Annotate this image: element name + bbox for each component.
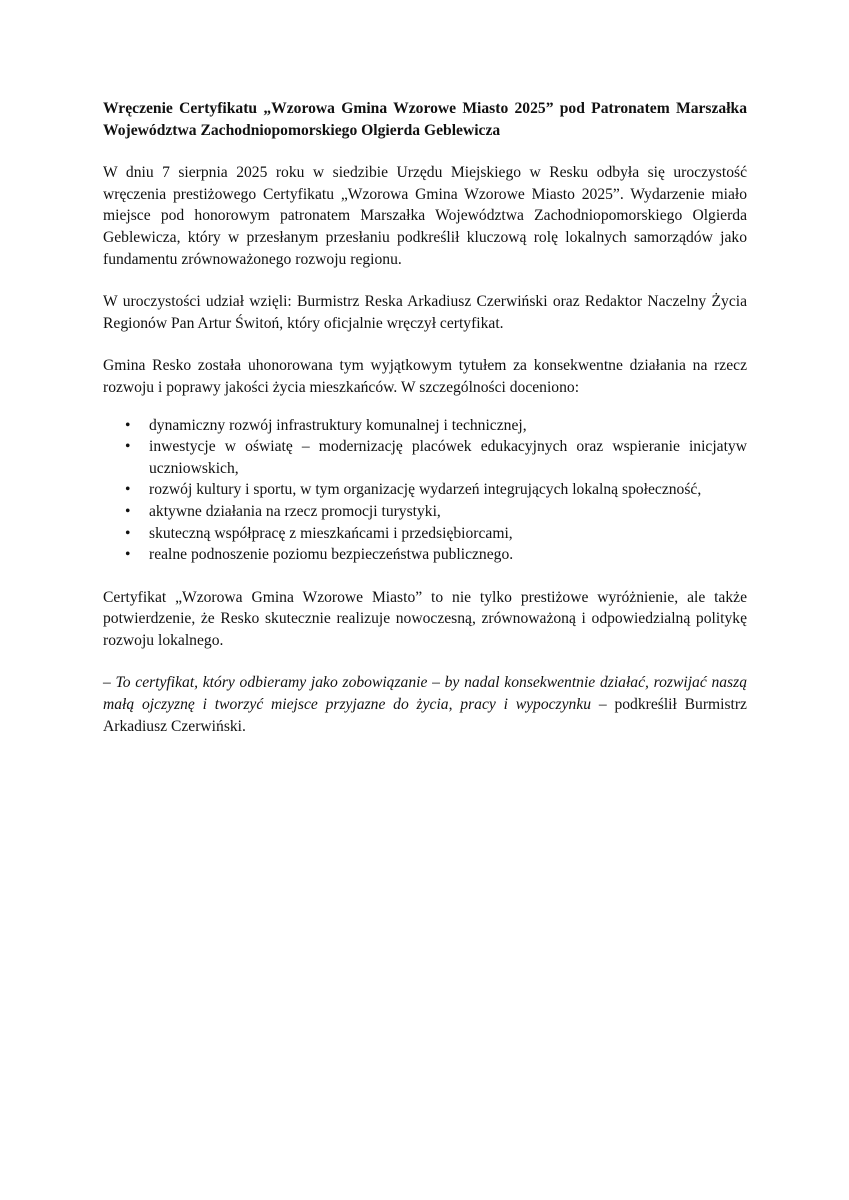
list-item: •aktywne działania na rzecz promocji tur… <box>103 501 747 523</box>
bullet-icon: • <box>125 523 130 545</box>
bullet-icon: • <box>125 415 130 437</box>
mayor-quote: – To certyfikat, który odbieramy jako zo… <box>103 672 747 737</box>
list-item: •skuteczną współpracę z mieszkańcami i p… <box>103 523 747 545</box>
bullet-icon: • <box>125 544 130 566</box>
paragraph-recognition: Gmina Resko została uhonorowana tym wyją… <box>103 355 747 398</box>
bullet-icon: • <box>125 501 130 523</box>
paragraph-closing: Certyfikat „Wzorowa Gmina Wzorowe Miasto… <box>103 587 747 652</box>
paragraph-participants: W uroczystości udział wzięli: Burmistrz … <box>103 291 747 334</box>
list-item: •realne podnoszenie poziomu bezpieczeńst… <box>103 544 747 566</box>
bullet-icon: • <box>125 436 130 458</box>
list-item: •dynamiczny rozwój infrastruktury komuna… <box>103 415 747 437</box>
list-item: •inwestycje w oświatę – modernizację pla… <box>103 436 747 479</box>
bullet-icon: • <box>125 479 130 501</box>
list-item: •rozwój kultury i sportu, w tym organiza… <box>103 479 747 501</box>
paragraph-event: W dniu 7 sierpnia 2025 roku w siedzibie … <box>103 162 747 270</box>
achievements-list: •dynamiczny rozwój infrastruktury komuna… <box>103 415 747 566</box>
document-title: Wręczenie Certyfikatu „Wzorowa Gmina Wzo… <box>103 98 747 141</box>
document-page: Wręczenie Certyfikatu „Wzorowa Gmina Wzo… <box>103 98 747 737</box>
